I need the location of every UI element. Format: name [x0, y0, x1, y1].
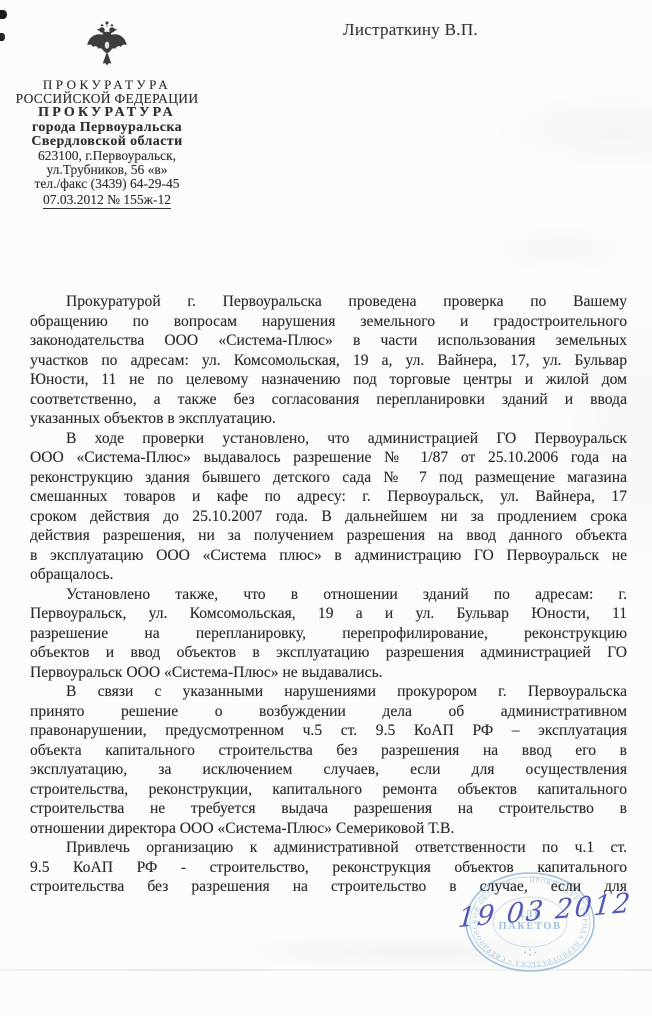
org-address-line-1: 623100, г.Первоуральск,: [2, 149, 212, 163]
body-text-line: Привлечь организацию к административной …: [30, 838, 627, 858]
body-text-line: строительства, реконструкции, капитально…: [30, 780, 627, 800]
body-text-line: эксплуатацию, за исключением случаев, ес…: [30, 760, 627, 780]
body-text-line: отношении директора ООО «Система-Плюс» С…: [30, 819, 627, 839]
outgoing-date-ref: 07.03.2012 № 155ж-12: [2, 193, 212, 207]
org-name-country-1: ПРОКУРАТУРА: [2, 78, 212, 92]
body-text-line: законодательства ООО «Система-Плюс» в ча…: [30, 331, 627, 351]
body-text-line: 9.5 КоАП РФ - строительство, реконструкц…: [30, 858, 627, 878]
body-text-line: ООО «Система-Плюс» выдавалось разрешение…: [30, 448, 627, 468]
scanned-letter-page: ПРОКУРАТУРА РОССИЙСКОЙ ФЕДЕРАЦИИ ПРОКУРА…: [0, 0, 652, 1016]
body-text-line: объектов и ввод объектов в эксплуатацию …: [30, 643, 627, 663]
coat-of-arms-eagle-icon: [84, 20, 130, 74]
body-text-line: строительства не требуется выдача разреш…: [30, 799, 627, 819]
body-text-line: реконструкцию здания бывшего детского са…: [30, 468, 627, 488]
body-text-line: разрешение на перепланировку, перепрофил…: [30, 624, 627, 644]
addressee-name: Листраткину В.П.: [343, 20, 478, 40]
body-text-line: сроком действия до 25.10.2007 года. В да…: [30, 507, 627, 527]
body-text-line: участков по адресам: ул. Комсомольская, …: [30, 351, 627, 371]
body-text-line: принято решение о возбуждении дела об ад…: [30, 702, 627, 722]
org-name-country-2: РОССИЙСКОЙ ФЕДЕРАЦИИ: [2, 92, 212, 106]
body-text-line: Юности, 11 не по целевому назначению под…: [30, 370, 627, 390]
scan-artifact-mark: [0, 10, 7, 19]
body-text-line: В связи с указанными нарушениями прокуро…: [30, 682, 627, 702]
org-name-local-2: города Первоуральска: [2, 121, 212, 135]
body-text-line: Прокуратурой г. Первоуральска проведена …: [30, 292, 627, 312]
body-text-line: действия разрешения, ни за получением ра…: [30, 526, 627, 546]
body-text-line: соответственно, а также без согласования…: [30, 390, 627, 410]
org-name-local-1: ПРОКУРАТУРА: [2, 106, 212, 120]
body-text-line: В ходе проверки установлено, что админис…: [30, 429, 627, 449]
letterhead: ПРОКУРАТУРА РОССИЙСКОЙ ФЕДЕРАЦИИ ПРОКУРА…: [2, 20, 212, 207]
body-text-line: Первоуральск, ул. Комсомольская, 19 а и …: [30, 604, 627, 624]
body-text-line: смешанных товаров и кафе по адресу: г. П…: [30, 487, 627, 507]
body-text-line: указанных объектов в эксплуатацию.: [30, 409, 627, 429]
org-name-local-3: Свердловской области: [2, 135, 212, 149]
body-text-line: строительства без разрешения на строител…: [30, 877, 627, 897]
org-address-line-2: ул.Трубников, 56 «в»: [2, 163, 212, 177]
body-text-line: обращению по вопросам нарушения земельно…: [30, 312, 627, 332]
body-text-line: объекта капитального строительства без р…: [30, 741, 627, 761]
body-text-line: правонарушении, предусмотренном ч.5 ст. …: [30, 721, 627, 741]
body-text-line: в эксплуатацию ООО «Система плюс» в адми…: [30, 546, 627, 566]
org-phone: тел./факс (3439) 64-29-45: [2, 177, 212, 191]
body-text-line: Установлено также, что в отношении здани…: [30, 585, 627, 605]
letter-body: Прокуратурой г. Первоуральска проведена …: [30, 292, 627, 897]
body-text-line: обращалось.: [30, 565, 627, 585]
body-text-line: Первоуральск ООО «Система-Плюс» не выдав…: [30, 663, 627, 683]
